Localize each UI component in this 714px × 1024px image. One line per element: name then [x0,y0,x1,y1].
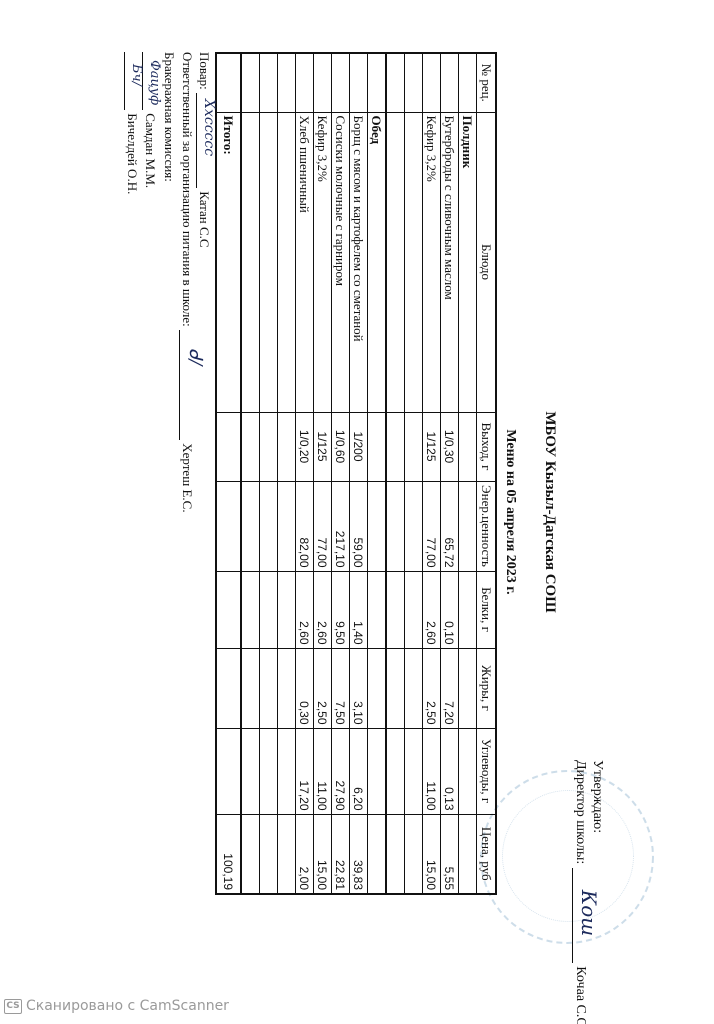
cell-recipe [314,53,332,112]
cell-recipe [296,53,314,112]
commission-label: Бракеражная комиссия: [161,52,178,182]
cell-price: 15,00 [423,814,441,894]
cell-price: 15,00 [314,814,332,894]
table-row [278,53,296,894]
scanned-page: Утверждаю: Директор школы: Кош Кочаа С.С… [0,0,714,1024]
cell-protein: 2,60 [423,571,441,648]
cell-carbs: 0,13 [441,728,459,814]
director-line: Директор школы: Кош Кочаа С.С. [572,760,589,1024]
cell-carbs [405,728,423,814]
cell-recipe [441,53,459,112]
cell-recipe [423,53,441,112]
cell-energy: 77,00 [423,481,441,571]
cell-recipe [368,53,387,112]
cell-protein [278,571,296,648]
cell-energy [405,481,423,571]
table-row: Бутерброды с сливочным маслом1/0,3065,72… [441,53,459,894]
section-row: Обед [368,53,387,894]
table-row [260,53,278,894]
col-carbs: Углеводы, г [477,728,497,814]
cell-carbs [386,728,405,814]
cell-dish [260,112,278,412]
col-recipe: № рец. [477,53,497,112]
commission-name: Бичелдей О.Н. [125,113,140,194]
cell-dish: Обед [368,112,387,412]
cook-signature-line: Xxccccc [196,93,211,188]
cell-carbs [459,728,477,814]
cell-fat: 7,50 [332,648,350,728]
cell-protein [260,571,278,648]
cell-recipe [386,53,405,112]
cell-price [405,814,423,894]
cell-protein [459,571,477,648]
cook-line: Повар: Xxccccc Катан С.С [196,52,213,248]
cook-name: Катан С.С [197,191,212,247]
total-price: 100,19 [216,814,241,894]
responsible-label: Ответственный за организацию питания в ш… [180,52,195,327]
cell-dish: Борщ с мясом и картофелем со сметаной [350,112,368,412]
cell-energy: 82,00 [296,481,314,571]
cell-fat: 7,20 [441,648,459,728]
cell-dish [405,112,423,412]
cell-fat [368,648,387,728]
total-row: Итого: 100,19 [216,53,241,894]
cell-price [386,814,405,894]
cell-dish: Хлеб пшеничный [296,112,314,412]
director-signature: Кош [580,890,597,936]
cell-price [260,814,278,894]
director-label: Директор школы: [573,760,588,864]
school-title: МБОУ Кызыл-Дагская СОШ [541,0,558,1024]
cell-protein: 2,60 [314,571,332,648]
cell-yield: 1/0,30 [441,412,459,481]
cell-yield: 1/0,60 [332,412,350,481]
table-row [405,53,423,894]
cell-protein [405,571,423,648]
cell-price: 2,00 [296,814,314,894]
menu-body: ПолдникБутерброды с сливочным маслом1/0,… [241,53,477,894]
total-label: Итого: [216,112,241,412]
cell-yield [405,412,423,481]
director-name: Кочаа С.С. [573,966,588,1024]
commission-name: Самдан М.М. [143,113,158,188]
cell-dish: Кефир 3,2% [423,112,441,412]
approval-block: Утверждаю: Директор школы: Кош Кочаа С.С… [572,760,606,1024]
cell-dish: Бутерброды с сливочным маслом [441,112,459,412]
cell-energy [459,481,477,571]
cell-price [459,814,477,894]
cell-yield: 1/200 [350,412,368,481]
cell-carbs [278,728,296,814]
table-row: Кефир 3,2%1/12577,002,602,5011,0015,00 [423,53,441,894]
cell-price [278,814,296,894]
cell-recipe [278,53,296,112]
cell-yield [278,412,296,481]
camscanner-icon: CS [4,999,22,1014]
col-energy: Энер.ценность [477,481,497,571]
cell-dish [241,112,260,412]
cell-fat: 2,50 [314,648,332,728]
cell-protein: 0,10 [441,571,459,648]
table-row: Сосиски молочные с гарниром1/0,60217,109… [332,53,350,894]
section-row: Полдник [459,53,477,894]
cell-carbs: 11,00 [314,728,332,814]
table-header: № рец. Блюдо Выход, г Энер.ценность Белк… [477,53,497,894]
col-dish: Блюдо [477,112,497,412]
cell-energy [241,481,260,571]
cell-energy [260,481,278,571]
cell-yield [386,412,405,481]
cell-energy [278,481,296,571]
commission-member: Бч/ Бичелдей О.Н. [124,52,141,194]
cell-yield [260,412,278,481]
cell-fat: 0,30 [296,648,314,728]
table-row: Хлеб пшеничный1/0,2082,002,600,3017,202,… [296,53,314,894]
cook-signature: Xxccccc [200,99,217,156]
cell-yield [368,412,387,481]
cell-protein: 2,60 [296,571,314,648]
director-signature-line: Кош [572,868,587,963]
responsible-signature-line: ᑯ/ [179,330,194,440]
cell-price [241,814,260,894]
cell-carbs [260,728,278,814]
cell-dish [278,112,296,412]
responsible-signature: ᑯ/ [187,348,204,365]
cook-label: Повар: [197,52,212,90]
cell-recipe [241,53,260,112]
menu-table: № рец. Блюдо Выход, г Энер.ценность Белк… [215,52,497,895]
cell-protein: 1,40 [350,571,368,648]
cell-yield [459,412,477,481]
cell-energy: 59,00 [350,481,368,571]
cell-dish: Сосиски молочные с гарниром [332,112,350,412]
watermark-text: Сканировано с CamScanner [26,998,229,1014]
cell-carbs [241,728,260,814]
camscanner-watermark: CS Сканировано с CamScanner [4,998,229,1014]
commission-signature: Фацуф [146,60,163,105]
cell-fat [386,648,405,728]
cell-recipe [260,53,278,112]
cell-protein: 9,50 [332,571,350,648]
cell-energy: 65,72 [441,481,459,571]
cell-fat [459,648,477,728]
col-price: Цена, руб [477,814,497,894]
cell-price [368,814,387,894]
cell-energy [386,481,405,571]
cell-protein [386,571,405,648]
cell-fat: 2,50 [423,648,441,728]
cell-energy: 217,10 [332,481,350,571]
table-row [386,53,405,894]
table-row: Кефир 3,2%1/12577,002,602,5011,0015,00 [314,53,332,894]
cell-fat [405,648,423,728]
cell-recipe [459,53,477,112]
cell-fat: 3,10 [350,648,368,728]
commission-signature: Бч/ [128,64,145,86]
responsible-name: Хертеш Е.С. [180,443,195,512]
cell-energy [368,481,387,571]
cell-yield: 1/0,20 [296,412,314,481]
cell-recipe [332,53,350,112]
cell-carbs [368,728,387,814]
cell-protein [368,571,387,648]
cell-fat [278,648,296,728]
table-row [241,53,260,894]
cell-yield: 1/125 [423,412,441,481]
cell-carbs: 11,00 [423,728,441,814]
col-yield: Выход, г [477,412,497,481]
cell-dish: Кефир 3,2% [314,112,332,412]
cell-dish [386,112,405,412]
cell-fat [260,648,278,728]
cell-carbs: 6,20 [350,728,368,814]
cell-protein [241,571,260,648]
cell-energy: 77,00 [314,481,332,571]
col-protein: Белки, г [477,571,497,648]
cell-yield [241,412,260,481]
cell-recipe [350,53,368,112]
cell-dish: Полдник [459,112,477,412]
cell-price: 5,55 [441,814,459,894]
responsible-line: Ответственный за организацию питания в ш… [179,52,196,513]
table-row: Борщ с мясом и картофелем со сметаной1/2… [350,53,368,894]
school-stamp-inner [502,790,634,922]
cell-fat [241,648,260,728]
cell-carbs: 27,90 [332,728,350,814]
cell-yield: 1/125 [314,412,332,481]
menu-date: Меню на 05 апреля 2023 г. [502,0,518,1024]
cell-price: 22,81 [332,814,350,894]
cell-recipe [405,53,423,112]
cell-carbs: 17,20 [296,728,314,814]
col-fat: Жиры, г [477,648,497,728]
cell-price: 39,83 [350,814,368,894]
